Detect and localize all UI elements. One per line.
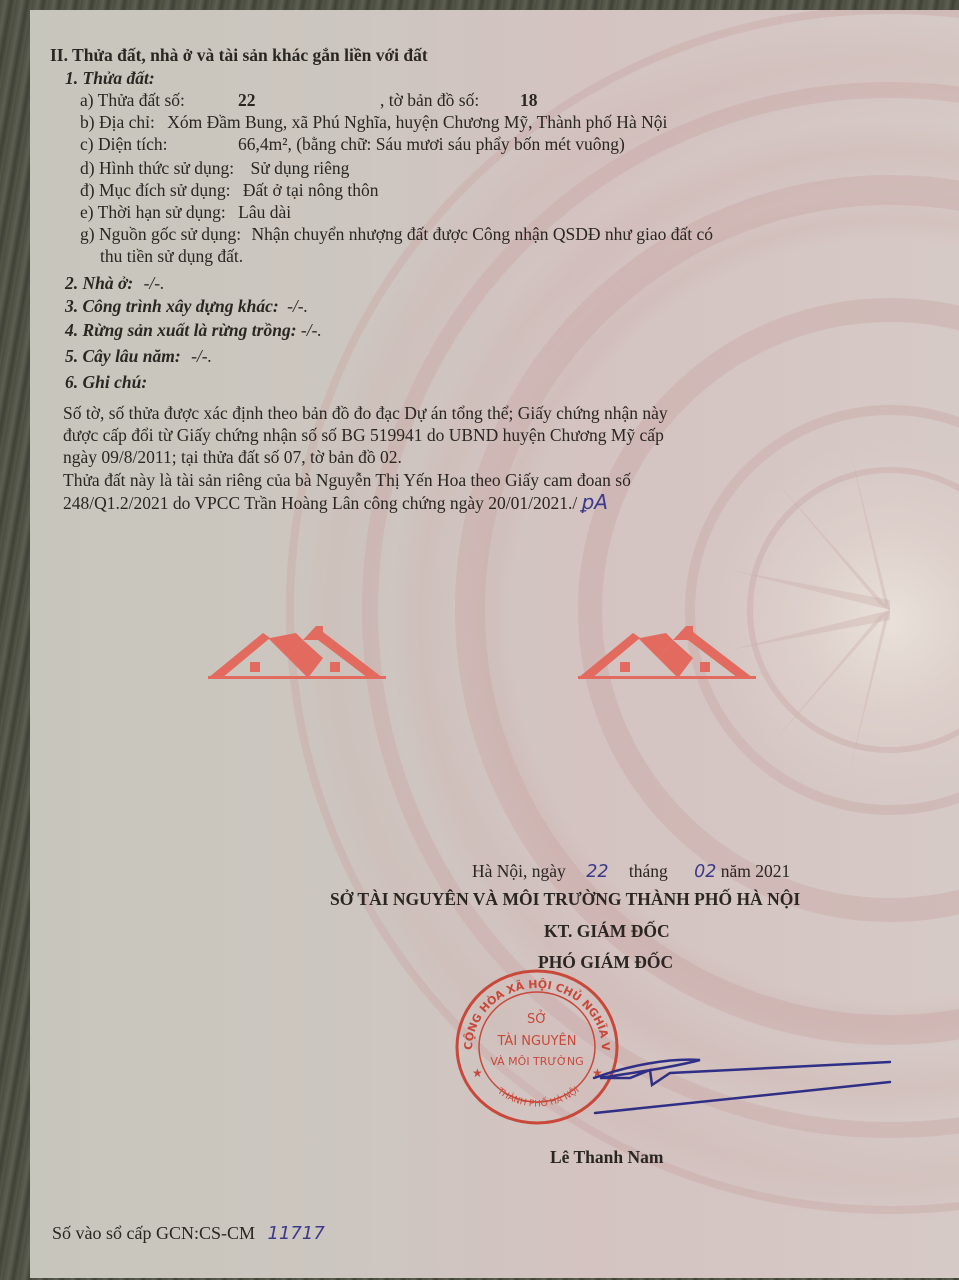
parcel-number: 22: [238, 90, 256, 110]
other-construction-value: -/-.: [287, 296, 308, 316]
parcel-number-label: a) Thửa đất số:: [80, 90, 185, 110]
other-construction-label: 3. Công trình xây dựng khác:: [65, 296, 279, 316]
parcel-number-row: a) Thửa đất số: 22 , tờ bản đồ số: 18: [80, 90, 185, 110]
usage-purpose-label: đ) Mục đích sử dụng:: [80, 180, 230, 200]
usage-form-value: Sử dụng riêng: [250, 158, 349, 178]
production-forest-value: -/-.: [301, 320, 322, 340]
map-sheet-number: 18: [520, 90, 538, 110]
notes-line-1: Số tờ, số thửa được xác định theo bản đồ…: [63, 403, 668, 423]
area-label: c) Diện tích:: [80, 134, 167, 154]
handwritten-signature: [590, 1040, 910, 1120]
house-row: 2. Nhà ở: -/-.: [65, 273, 165, 293]
other-construction-row: 3. Công trình xây dựng khác: -/-.: [65, 296, 308, 316]
notes-line-3: ngày 09/8/2011; tại thửa đất số 07, tờ b…: [63, 447, 402, 467]
address-row: b) Địa chỉ: Xóm Đầm Bung, xã Phú Nghĩa, …: [80, 112, 667, 132]
issuing-authority: SỞ TÀI NGUYÊN VÀ MÔI TRƯỜNG THÀNH PHỐ HÀ…: [330, 889, 800, 909]
month-label: tháng: [629, 861, 668, 881]
perennial-trees-label: 5. Cây lâu năm:: [65, 346, 181, 366]
usage-purpose-value: Đất ở tại nông thôn: [243, 180, 379, 200]
house-value: -/-.: [144, 273, 165, 293]
notes-line-5-text: 248/Q1.2/2021 do VPCC Trần Hoàng Lân côn…: [63, 493, 577, 513]
registry-number: 11717: [268, 1223, 325, 1244]
svg-text:VÀ MÔI TRƯỜNG: VÀ MÔI TRƯỜNG: [490, 1055, 583, 1068]
svg-text:TÀI NGUYÊN: TÀI NGUYÊN: [497, 1033, 577, 1049]
area-row: c) Diện tích: 66,4m², (bằng chữ: Sáu mươ…: [80, 134, 167, 154]
registry-label: Số vào sổ cấp GCN:CS-CM: [52, 1223, 255, 1243]
svg-text:THÀNH PHỐ HÀ NỘI: THÀNH PHỐ HÀ NỘI: [494, 1085, 581, 1109]
house-label: 2. Nhà ở:: [65, 273, 133, 293]
usage-term-value: Lâu dài: [238, 202, 291, 222]
on-behalf-of: KT. GIÁM ĐỐC: [544, 921, 670, 941]
svg-text:★: ★: [472, 1066, 483, 1080]
section-heading: II. Thửa đất, nhà ở và tài sản khác gắn …: [50, 45, 428, 65]
house-logo-watermark-icon: [578, 618, 758, 683]
perennial-trees-value: -/-.: [191, 346, 212, 366]
origin-value-line1: Nhận chuyển nhượng đất được Công nhận QS…: [252, 224, 714, 244]
usage-term-label: e) Thời hạn sử dụng:: [80, 202, 226, 222]
perennial-trees-row: 5. Cây lâu năm: -/-.: [65, 346, 212, 366]
signer-name: Lê Thanh Nam: [550, 1147, 663, 1167]
place-date-row: Hà Nội, ngày 22 tháng 02 năm 2021: [472, 861, 790, 882]
origin-value-line2: thu tiền sử dụng đất.: [100, 246, 243, 266]
handwritten-initials: ꝑA: [582, 490, 608, 514]
map-sheet-label: , tờ bản đồ số:: [380, 90, 479, 110]
notes-line-4: Thửa đất này là tài sản riêng của bà Ngu…: [63, 470, 631, 490]
usage-term-row: e) Thời hạn sử dụng: Lâu dài: [80, 202, 291, 222]
house-logo-watermark-icon: [208, 618, 388, 683]
certificate-page: II. Thửa đất, nhà ở và tài sản khác gắn …: [30, 10, 959, 1278]
notes-line-5: 248/Q1.2/2021 do VPCC Trần Hoàng Lân côn…: [63, 492, 608, 513]
svg-text:SỞ: SỞ: [527, 1010, 547, 1027]
usage-form-row: d) Hình thức sử dụng: Sử dụng riêng: [80, 158, 349, 178]
address-label: b) Địa chỉ:: [80, 112, 155, 132]
notes-heading: 6. Ghi chú:: [65, 372, 147, 392]
notes-line-2: được cấp đổi từ Giấy chứng nhận số số BG…: [63, 425, 664, 445]
address-value: Xóm Đầm Bung, xã Phú Nghĩa, huyện Chương…: [167, 112, 667, 132]
area-value: 66,4m², (bằng chữ: Sáu mươi sáu phẩy bốn…: [238, 134, 625, 154]
registry-row: Số vào sổ cấp GCN:CS-CM 11717: [52, 1223, 325, 1244]
issue-month: 02: [694, 862, 716, 882]
usage-purpose-row: đ) Mục đích sử dụng: Đất ở tại nông thôn: [80, 180, 378, 200]
land-parcel-heading: 1. Thửa đất:: [65, 68, 155, 88]
issue-day: 22: [586, 862, 608, 882]
origin-label: g) Nguồn gốc sử dụng:: [80, 224, 241, 244]
production-forest-label: 4. Rừng sản xuất là rừng trồng:: [65, 320, 297, 340]
usage-form-label: d) Hình thức sử dụng:: [80, 158, 234, 178]
place-date-prefix: Hà Nội, ngày: [472, 861, 566, 881]
origin-row: g) Nguồn gốc sử dụng: Nhận chuyển nhượng…: [80, 224, 713, 244]
year-label: năm 2021: [721, 861, 791, 881]
production-forest-row: 4. Rừng sản xuất là rừng trồng: -/-.: [65, 320, 322, 340]
